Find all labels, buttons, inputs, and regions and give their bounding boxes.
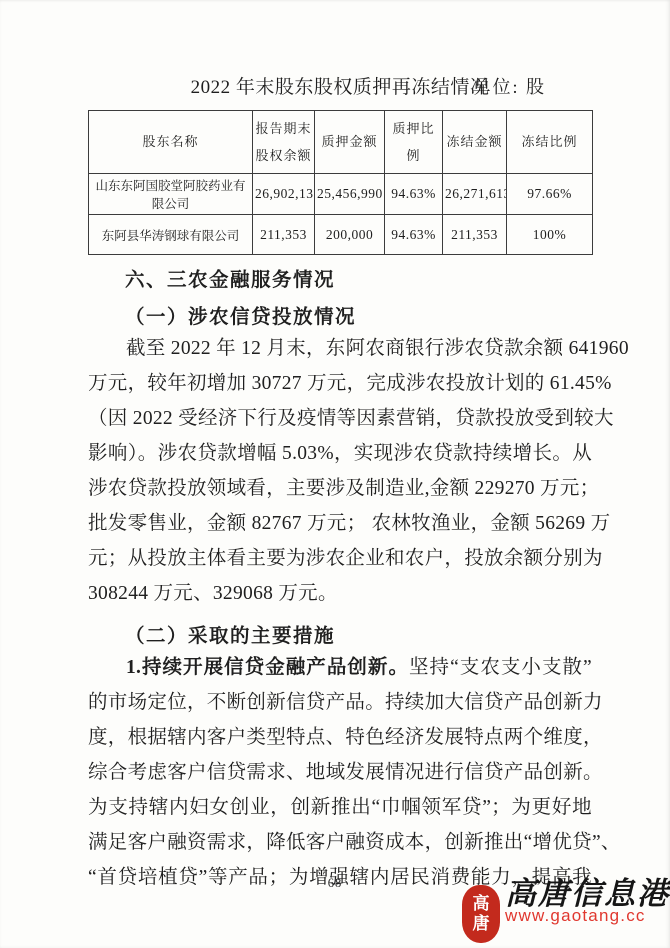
paragraph-credit-supply: 截至 2022 年 12 月末，东阿农商银行涉农贷款余额 641960 万元，较…	[88, 331, 592, 611]
page-content: 2022 年末股东股权质押再冻结情况 单位: 股 股东名称 报告期末 股权余额 …	[88, 0, 592, 895]
cell-pledge-amount: 25,456,990	[315, 174, 385, 215]
cell-freeze-amount: 26,271,613	[443, 174, 507, 215]
body-line: 1.持续开展信贷金融产品创新。坚持“支农支小支散”	[88, 650, 592, 685]
seal-char-top: 高	[473, 894, 490, 914]
col-header-pledge-ratio: 质押比例	[385, 111, 443, 174]
section-heading-main: 六、三农金融服务情况	[88, 264, 592, 292]
cell-pledge-ratio: 94.63%	[385, 215, 443, 255]
cell-freeze-ratio: 97.66%	[507, 174, 593, 215]
cell-shareholder: 东阿县华涛钢球有限公司	[89, 215, 253, 255]
cell-pledge-amount: 200,000	[315, 215, 385, 255]
col-header-pledge-amount: 质押金额	[315, 111, 385, 174]
body-line: 万元，较年初增加 30727 万元，完成涉农投放计划的 61.45%	[88, 366, 592, 401]
cell-equity-balance: 211,353	[253, 215, 315, 255]
body-line: 308244 万元、329068 万元。	[88, 576, 592, 611]
section-heading-sub1: （一）涉农信贷投放情况	[88, 301, 592, 329]
seal-char-bottom: 唐	[473, 914, 490, 934]
gaotang-seal-icon: 高 唐	[462, 885, 500, 943]
body-line: 的市场定位，不断创新信贷产品。持续加大信贷产品创新力	[88, 685, 592, 720]
col-header-freeze-amount: 冻结金额	[443, 111, 507, 174]
measure-lead-rest: 坚持“支农支小支散”	[409, 657, 592, 678]
col-header-freeze-ratio: 冻结比例	[507, 111, 593, 174]
col-header-equity-balance: 报告期末 股权余额	[253, 111, 315, 174]
body-line: 度，根据辖内客户类型特点、特色经济发展特点两个维度，	[88, 720, 592, 755]
measure-lead-bold: 1.持续开展信贷金融产品创新。	[126, 657, 409, 678]
cell-freeze-ratio: 100%	[507, 215, 593, 255]
body-line: 影响）。涉农贷款增幅 5.03%，实现涉农贷款持续增长。从	[88, 436, 592, 471]
table-title-row: 2022 年末股东股权质押再冻结情况 单位: 股	[88, 72, 592, 98]
body-line: 元；从投放主体看主要为涉农企业和农户，投放余额分别为	[88, 541, 592, 576]
watermark-text: 高唐信息港 www.gaotang.cc	[505, 877, 666, 926]
body-line: 批发零售业，金额 82767 万元； 农林牧渔业，金额 56269 万	[88, 506, 592, 541]
cell-equity-balance: 26,902,131	[253, 174, 315, 215]
document-page: 2022 年末股东股权质押再冻结情况 单位: 股 股东名称 报告期末 股权余额 …	[0, 0, 670, 948]
body-line: 截至 2022 年 12 月末，东阿农商银行涉农贷款余额 641960	[88, 331, 592, 366]
table-row: 山东东阿国胶堂阿胶药业有限公司 26,902,131 25,456,990 94…	[89, 174, 593, 215]
watermark-site-url: www.gaotang.cc	[505, 906, 666, 926]
body-line: 为支持辖内妇女创业，创新推出“巾帼领军贷”；为更好地	[88, 790, 592, 825]
cell-shareholder: 山东东阿国胶堂阿胶药业有限公司	[89, 174, 253, 215]
col-header-shareholder: 股东名称	[89, 111, 253, 174]
table-row: 东阿县华涛钢球有限公司 211,353 200,000 94.63% 211,3…	[89, 215, 593, 255]
unit-label: 单位: 股	[472, 73, 546, 99]
table-title: 2022 年末股东股权质押再冻结情况	[191, 77, 490, 98]
section-heading-sub2: （二）采取的主要措施	[88, 620, 592, 648]
gaotang-watermark: 高 唐 高唐信息港 www.gaotang.cc	[462, 877, 666, 945]
table-header-row: 股东名称 报告期末 股权余额 质押金额 质押比例 冻结金额 冻结比例	[89, 111, 593, 174]
cell-freeze-amount: 211,353	[443, 215, 507, 255]
body-line: 满足客户融资需求，降低客户融资成本，创新推出“增优贷”、	[88, 825, 592, 860]
pledge-freeze-table: 股东名称 报告期末 股权余额 质押金额 质押比例 冻结金额 冻结比例 山东东阿国…	[88, 110, 593, 255]
cell-pledge-ratio: 94.63%	[385, 174, 443, 215]
body-line: （因 2022 受经济下行及疫情等因素营销，贷款投放受到较大	[88, 401, 592, 436]
paragraph-measures: 1.持续开展信贷金融产品创新。坚持“支农支小支散” 的市场定位，不断创新信贷产品…	[88, 650, 592, 895]
body-line: 涉农贷款投放领域看，主要涉及制造业,金额 229270 万元；	[88, 471, 592, 506]
body-line: 综合考虑客户信贷需求、地域发展情况进行信贷产品创新。	[88, 755, 592, 790]
